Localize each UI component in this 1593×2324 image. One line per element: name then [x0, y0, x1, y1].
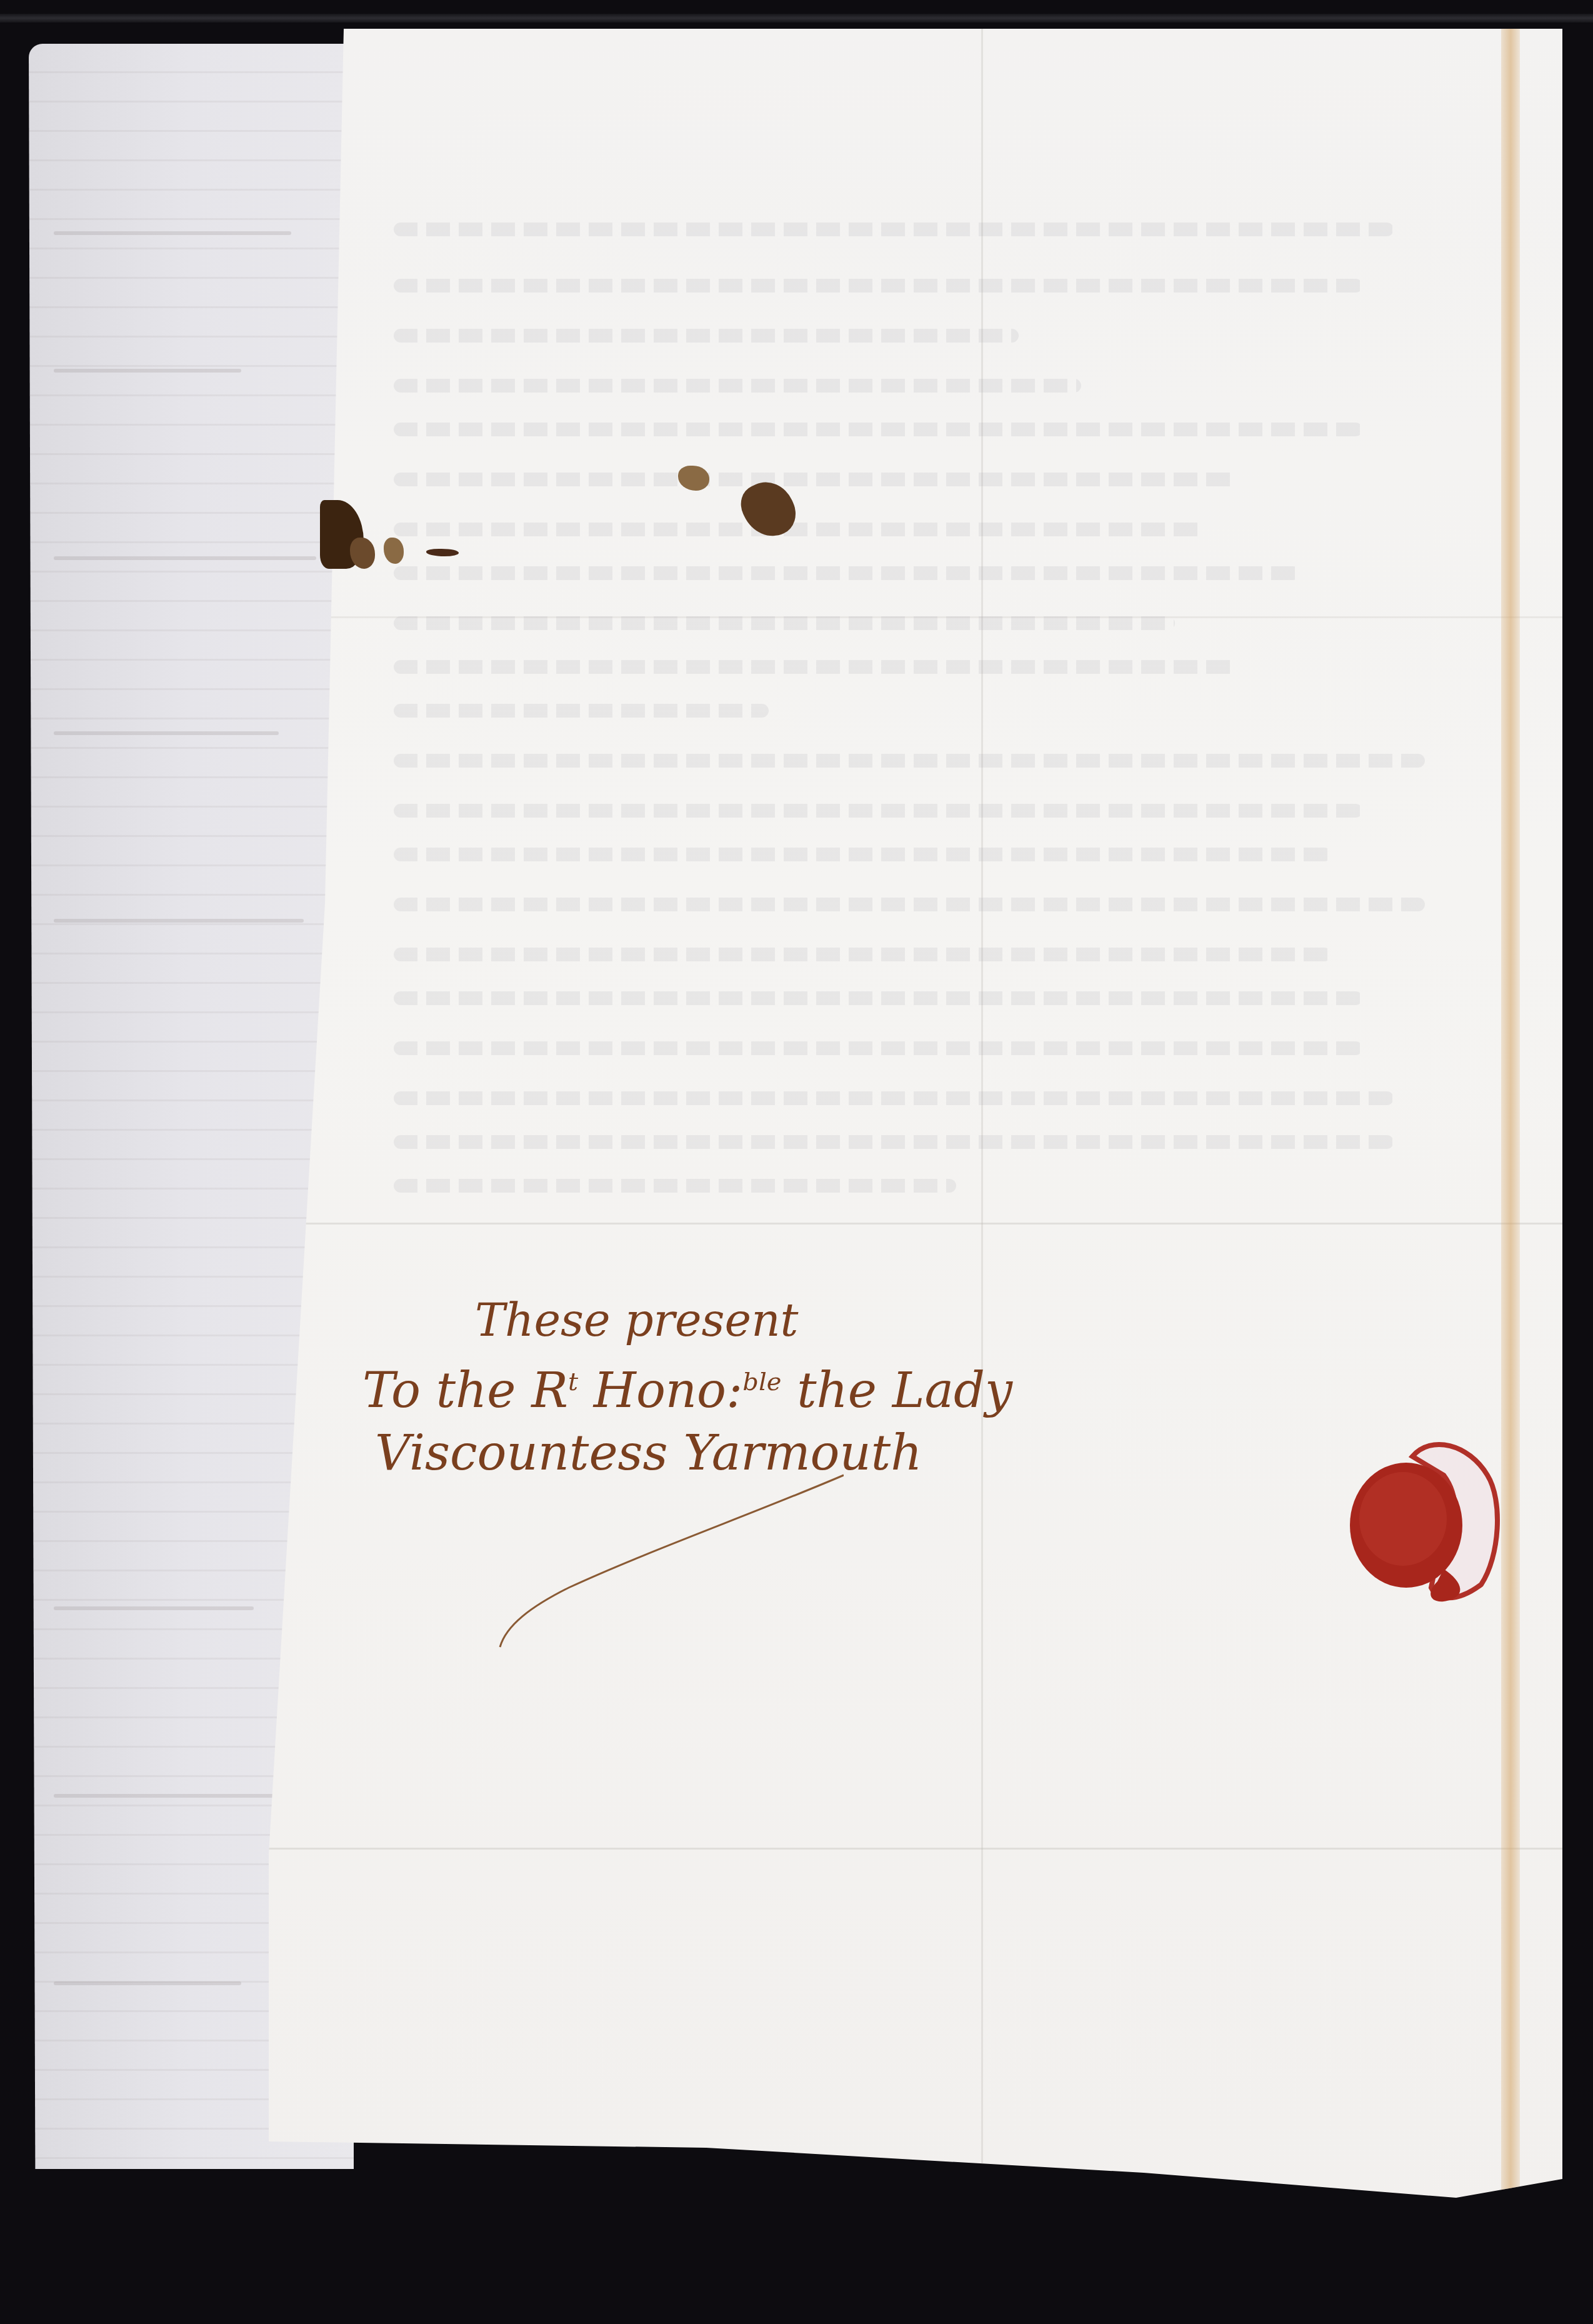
faint-text-line: [54, 1981, 241, 1985]
faint-text-line: [54, 369, 241, 373]
bleed-through-line: [394, 754, 1425, 768]
faint-text-line: [54, 1794, 291, 1798]
address-line-recipient-title: To the Rt Hono:ble the Lady: [362, 1363, 1012, 1419]
bleed-through-line: [394, 804, 1362, 818]
scanner-edge: [0, 14, 1593, 23]
bleed-through-line: [394, 473, 1237, 486]
fold-line: [269, 1223, 1562, 1225]
bleed-through-line: [394, 991, 1362, 1005]
edge-stain: [1501, 29, 1520, 2204]
bleed-through-line: [394, 660, 1237, 674]
address-text: Hono:: [578, 1363, 742, 1419]
bleed-through-line: [394, 1179, 956, 1193]
bleed-through-line: [394, 379, 1081, 393]
bleed-through-line: [394, 279, 1362, 293]
wax-seal-icon: [1344, 1431, 1509, 1606]
address-line-these-present: These present: [475, 1294, 798, 1346]
bleed-through-line: [394, 329, 1019, 343]
bleed-through-line: [394, 948, 1331, 961]
address-text: the Lady: [781, 1363, 1012, 1419]
faint-text-line: [54, 919, 304, 923]
address-superscript: t: [568, 1368, 578, 1396]
bleed-through-line: [394, 704, 769, 718]
bleed-through-line: [394, 223, 1394, 236]
faint-text-line: [54, 231, 291, 235]
letter-sheet: [269, 29, 1562, 2204]
faint-text-line: [54, 731, 279, 735]
bleed-through-line: [394, 1135, 1394, 1149]
faint-text-line: [54, 556, 316, 560]
bleed-through-line: [394, 1091, 1394, 1105]
bleed-through-line: [394, 898, 1425, 911]
bleed-through-line: [394, 566, 1300, 580]
address-superscript: ble: [742, 1368, 781, 1396]
pen-flourish: [494, 1463, 844, 1650]
bleed-through-line: [394, 616, 1175, 630]
bleed-through-line: [394, 423, 1362, 436]
bleed-through-line: [394, 523, 1206, 536]
bleed-through-line: [394, 848, 1331, 861]
address-text: To the R: [362, 1363, 568, 1419]
fold-line: [981, 29, 983, 2204]
bleed-through-line: [394, 1041, 1362, 1055]
faint-text-line: [54, 1606, 254, 1610]
fold-line: [269, 1848, 1562, 1850]
